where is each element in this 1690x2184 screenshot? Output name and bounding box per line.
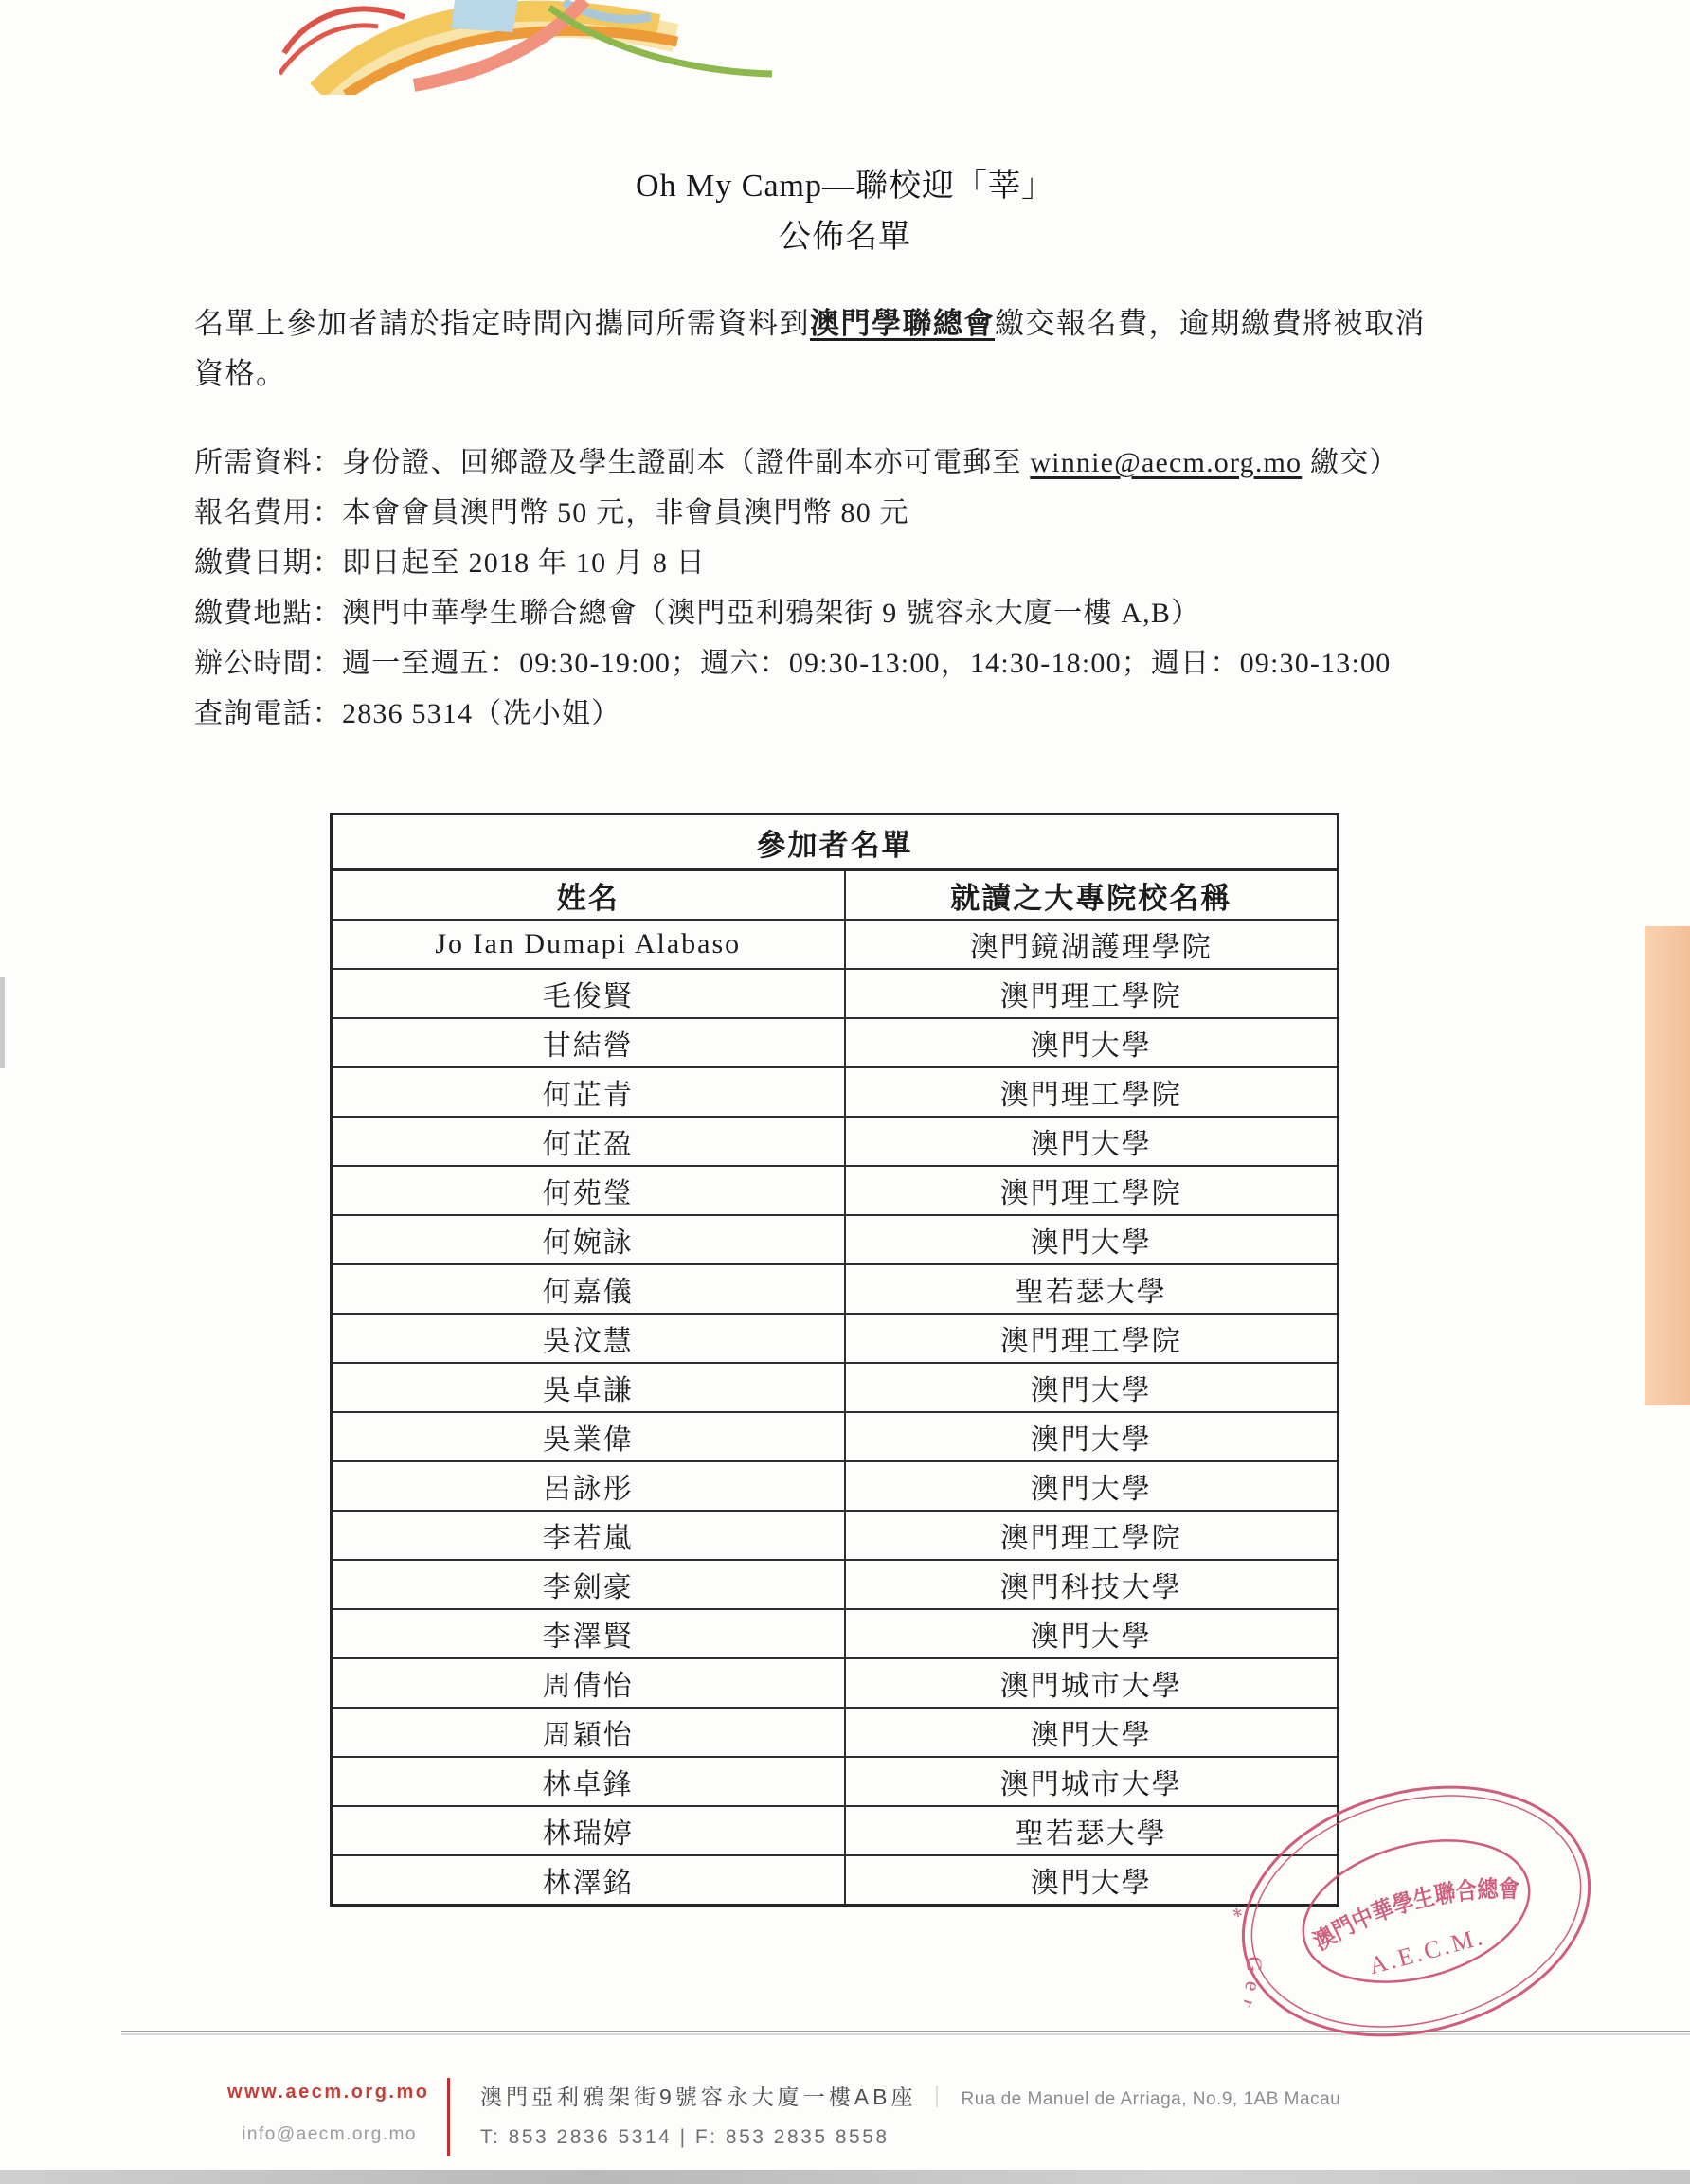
required-docs-tail: 繳交） (1302, 447, 1398, 478)
doc-subtitle: 公佈名單 (0, 212, 1690, 263)
footer-right: 澳門亞利鴉架街9號容永大廈一樓AB座｜Rua de Manuel de Arri… (480, 2076, 1340, 2156)
column-header-school: 就讀之大專院校名稱 (845, 870, 1339, 921)
cell-name: 何芷青 (332, 1067, 845, 1117)
table-row: 周穎怡澳門大學 (332, 1708, 1339, 1757)
cell-school: 澳門理工學院 (845, 1166, 1339, 1215)
title-block: Oh My Camp—聯校迎「莘」 公佈名單 (0, 161, 1690, 263)
table-row: 李劍豪澳門科技大學 (332, 1560, 1339, 1609)
intro-pre: 名單上參加者請於指定時間內攜同所需資料到 (194, 307, 810, 340)
cell-school: 澳門大學 (845, 1412, 1339, 1461)
footer-website: www.aecm.org.mo (227, 2082, 417, 2103)
column-header-name: 姓名 (332, 870, 845, 921)
cell-school: 澳門鏡湖護理學院 (845, 920, 1339, 969)
cell-name: 周穎怡 (332, 1708, 845, 1757)
cell-name: 吳業偉 (332, 1412, 845, 1461)
table-title: 參加者名單 (332, 815, 1339, 870)
table-row: 林瑞婷聖若瑟大學 (332, 1806, 1339, 1855)
cell-school: 澳門理工學院 (845, 1511, 1339, 1560)
intro-post: 繳交報名費，逾期繳費將被取消 (995, 307, 1426, 340)
cell-school: 澳門城市大學 (845, 1757, 1339, 1806)
ribbon-logo (279, 0, 777, 95)
required-docs-text: 所需資料：身份證、回鄉證及學生證副本（證件副本亦可電郵至 (194, 447, 1030, 478)
cell-name: 甘結營 (332, 1018, 845, 1067)
cell-name: 李澤賢 (332, 1609, 845, 1658)
detail-fee: 報名費用：本會會員澳門幣 50 元，非會員澳門幣 80 元 (194, 488, 1596, 538)
table-title-row: 參加者名單 (332, 815, 1339, 870)
table-row: 何婉詠澳門大學 (332, 1215, 1339, 1264)
footer: www.aecm.org.mo info@aecm.org.mo 澳門亞利鴉架街… (227, 2076, 1340, 2156)
table-row: 吳業偉澳門大學 (332, 1412, 1339, 1461)
table-row: 周倩怡澳門城市大學 (332, 1658, 1339, 1708)
cell-school: 澳門理工學院 (845, 969, 1339, 1018)
footer-left: www.aecm.org.mo info@aecm.org.mo (227, 2076, 417, 2156)
cell-name: 呂詠彤 (332, 1461, 845, 1511)
cell-name: 何芷盈 (332, 1117, 845, 1166)
cell-name: 何嘉儀 (332, 1264, 845, 1314)
footer-address: 澳門亞利鴉架街9號容永大廈一樓AB座｜Rua de Manuel de Arri… (480, 2080, 1340, 2111)
table-row: 毛俊賢澳門理工學院 (332, 969, 1339, 1018)
contact-email: winnie@aecm.org.mo (1030, 447, 1302, 478)
cell-name: 林卓鋒 (332, 1757, 845, 1806)
cell-name: 何苑瑩 (332, 1166, 845, 1215)
cell-school: 澳門大學 (845, 1018, 1339, 1067)
cell-school: 澳門大學 (845, 1708, 1339, 1757)
detail-enquiry-phone: 查詢電話：2836 5314（冼小姐） (194, 689, 1596, 739)
intro-line-2: 資格。 (194, 349, 1539, 399)
table-row: 何苑瑩澳門理工學院 (332, 1166, 1339, 1215)
table-row: 呂詠彤澳門大學 (332, 1461, 1339, 1511)
table-row: 李若嵐澳門理工學院 (332, 1511, 1339, 1560)
cell-school: 澳門理工學院 (845, 1067, 1339, 1117)
footer-address-zh: 澳門亞利鴉架街9號容永大廈一樓AB座 (480, 2085, 916, 2109)
intro-paragraph: 名單上參加者請於指定時間內攜同所需資料到澳門學聯總會繳交報名費，逾期繳費將被取消… (194, 298, 1539, 399)
cell-name: 何婉詠 (332, 1215, 845, 1264)
cell-name: Jo Ian Dumapi Alabaso (332, 920, 845, 969)
detail-location: 繳費地點：澳門中華學生聯合總會（澳門亞利鴉架街 9 號容永大廈一樓 A,B） (194, 588, 1596, 638)
cell-school: 澳門大學 (845, 1117, 1339, 1166)
scan-bottom-band (0, 2170, 1690, 2184)
document-page: Oh My Camp—聯校迎「莘」 公佈名單 名單上參加者請於指定時間內攜同所需… (0, 0, 1690, 2184)
detail-required-docs: 所需資料：身份證、回鄉證及學生證副本（證件副本亦可電郵至 winnie@aecm… (194, 438, 1596, 488)
table-row: 何芷青澳門理工學院 (332, 1067, 1339, 1117)
table-header-row: 姓名 就讀之大專院校名稱 (332, 870, 1339, 921)
cell-school: 澳門理工學院 (845, 1314, 1339, 1363)
cell-name: 林澤銘 (332, 1855, 845, 1906)
table-row: 林卓鋒澳門城市大學 (332, 1757, 1339, 1806)
detail-office-hours: 辦公時間：週一至週五：09:30-19:00；週六：09:30-13:00，14… (194, 638, 1596, 689)
cell-name: 周倩怡 (332, 1658, 845, 1708)
footer-phone-fax: T: 853 2836 5314 | F: 853 2835 8558 (480, 2126, 1340, 2149)
scan-artifact-edge (0, 977, 5, 1068)
cell-school: 澳門大學 (845, 1215, 1339, 1264)
table-row: 吳卓謙澳門大學 (332, 1363, 1339, 1412)
table-row: 何芷盈澳門大學 (332, 1117, 1339, 1166)
table-row: 林澤銘澳門大學 (332, 1855, 1339, 1906)
table-row: 甘結營澳門大學 (332, 1018, 1339, 1067)
participants-table: 參加者名單 姓名 就讀之大專院校名稱 Jo Ian Dumapi Alabaso… (330, 813, 1339, 1907)
cell-name: 吳汶慧 (332, 1314, 845, 1363)
footer-red-divider (447, 2078, 450, 2156)
intro-org-emphasis: 澳門學聯總會 (810, 307, 995, 340)
stamp-acronym: A.E.C.M. (1366, 1923, 1487, 1979)
cell-school: 澳門大學 (845, 1363, 1339, 1412)
intro-line-1: 名單上參加者請於指定時間內攜同所需資料到澳門學聯總會繳交報名費，逾期繳費將被取消 (194, 298, 1539, 349)
detail-deadline: 繳費日期：即日起至 2018 年 10 月 8 日 (194, 538, 1596, 588)
scan-artifact-strip (1645, 926, 1690, 1405)
cell-school: 澳門大學 (845, 1609, 1339, 1658)
cell-name: 吳卓謙 (332, 1363, 845, 1412)
ribbon-blue-block (451, 0, 518, 32)
doc-title: Oh My Camp—聯校迎「莘」 (0, 161, 1690, 212)
cell-name: 毛俊賢 (332, 969, 845, 1018)
details-block: 所需資料：身份證、回鄉證及學生證副本（證件副本亦可電郵至 winnie@aecm… (194, 438, 1596, 739)
cell-school: 澳門城市大學 (845, 1658, 1339, 1708)
cell-name: 李若嵐 (332, 1511, 845, 1560)
cell-name: 李劍豪 (332, 1560, 845, 1609)
footer-address-separator: ｜ (926, 2085, 951, 2109)
table-row: 何嘉儀聖若瑟大學 (332, 1264, 1339, 1314)
table-row: 吳汶慧澳門理工學院 (332, 1314, 1339, 1363)
cell-school: 聖若瑟大學 (845, 1264, 1339, 1314)
table-row: Jo Ian Dumapi Alabaso澳門鏡湖護理學院 (332, 920, 1339, 969)
table-row: 李澤賢澳門大學 (332, 1609, 1339, 1658)
footer-email: info@aecm.org.mo (227, 2124, 417, 2145)
cell-school: 澳門科技大學 (845, 1560, 1339, 1609)
cell-name: 林瑞婷 (332, 1806, 845, 1855)
cell-school: 澳門大學 (845, 1461, 1339, 1511)
